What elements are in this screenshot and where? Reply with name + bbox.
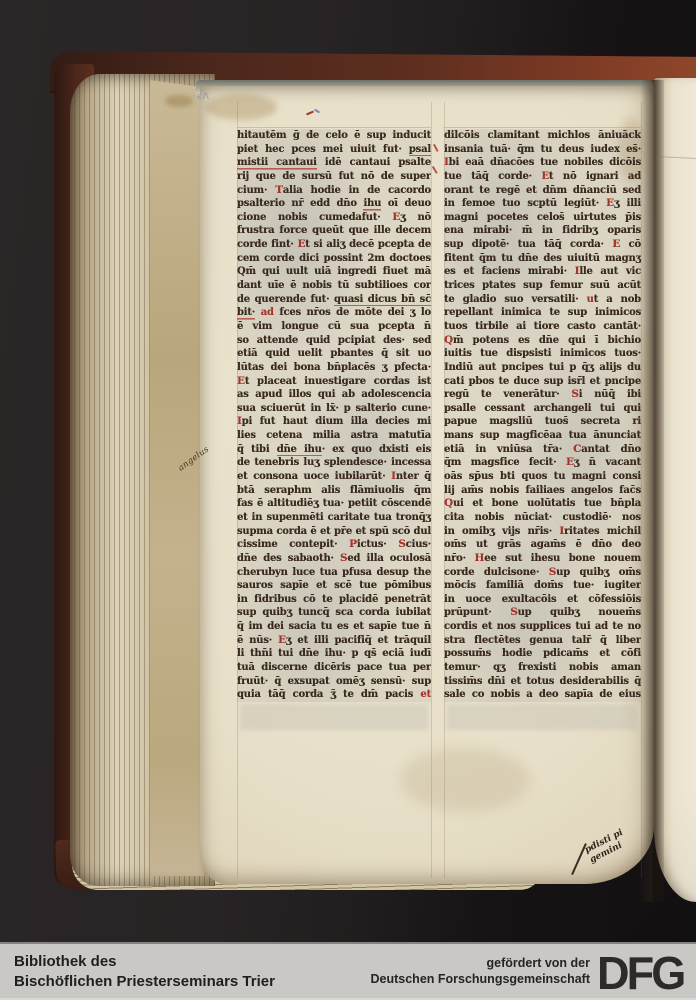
manuscript-text-line: ena mirabi· m̄ in fidribʒ oparis: [444, 224, 641, 238]
manuscript-text-line: papue magsliū tuos̄ secreta ri: [444, 415, 641, 429]
library-name-line1: Bibliothek des: [14, 952, 275, 972]
manuscript-text-line: et consona uoce iubilarūt· Inter q̄: [237, 470, 431, 484]
manuscript-text-line: in femoe tuo scptū legiūt· Eʒ illi: [444, 197, 641, 211]
manuscript-text-line: lies cetena milia astra matutīa: [237, 429, 431, 443]
manuscript-text-line: orant te regē et dn̄m dn̄anciū sed: [444, 184, 641, 198]
manuscript-text-line: corde dulcisone· Sup quibʒ om̄s: [444, 566, 641, 580]
manuscript-text-line: as apud illos qui ab adolescencia: [237, 388, 431, 402]
manuscript-text-line: mistii cantaui idē cantaui psalte: [237, 156, 431, 170]
manuscript-text-line: fas ē altitudiēʒ tua· petiit cōscendē: [237, 497, 431, 511]
manuscript-text-line: dant uīe ē nobis tū subtilioes cor: [237, 279, 431, 293]
ink-smudge: [165, 95, 193, 107]
stain: [400, 748, 530, 812]
funding-attribution: gefördert von der Deutschen Forschungsge…: [371, 956, 591, 987]
manuscript-text-line: hitautēm ḡ de celo ē sup inducit: [237, 129, 431, 143]
manuscript-text-line: nr̄o· Hee sut̄ ihesu bone nouem: [444, 552, 641, 566]
manuscript-text-line: prūpunt· Sup quibʒ nouem̄s: [444, 606, 641, 620]
manuscript-text-line: Qm̄ potens es dn̄e qui ī bichio: [444, 334, 641, 348]
manuscript-text-line: psalle cessant archangeli tui qui: [444, 402, 641, 416]
manuscript-text-line: bit· ad fces nr̄os de mōte dei ʒ lo: [237, 306, 431, 320]
manuscript-text-line: sauros sapīe et scē tue pōmibus: [237, 579, 431, 593]
manuscript-text-line: cati pbos te duce sup isr̄l et pncipe: [444, 375, 641, 389]
manuscript-text-line: mans sup magficēaa tua ānunciat: [444, 429, 641, 443]
manuscript-text-line: sale co nobis a deo sapīa de eius ore·: [444, 688, 641, 702]
manuscript-text-line: es et faciens mirabi· Ille aut vic: [444, 265, 641, 279]
manuscript-text-line: iuitis tue dispsisti inimicos tuos·: [444, 347, 641, 361]
manuscript-text-line: q̄ tibi dn̄e ih̄u· ex quo dxisti eis: [237, 443, 431, 457]
ink-show-through: [447, 704, 637, 730]
manuscript-text-line: Indiū aut pncipes tui p q̄ʒ alijs du: [444, 361, 641, 375]
manuscript-text-line: btā seraphm alis flāmiuolis q̄m: [237, 484, 431, 498]
manuscript-text-line: possum̄s hodie pdicam̄s et cōfi: [444, 647, 641, 661]
manuscript-text-line: q̄ im dei sacia tu es et sapīe tue n̄: [237, 620, 431, 634]
manuscript-text-line: de querende fut· quasi dicus bn̄ sc̄: [237, 293, 431, 307]
manuscript-text-line: supma corda ē et pr̄e et spū scō dul: [237, 525, 431, 539]
manuscript-text-line: in uoce exultacōis et cōfessiōis: [444, 593, 641, 607]
manuscript-text-line: sup dipotē· tua tāq̄ corda· E cō: [444, 238, 641, 252]
manuscript-text-line: tuā discerne dicēris pace tua per: [237, 661, 431, 675]
manuscript-text-line: piet hec pces mei uiuit fut̄· psal: [237, 143, 431, 157]
manuscript-text-line: Et placeat inuestigare cordas ist: [237, 375, 431, 389]
manuscript-text-line: magni pocetes celos̄ uirtutes p̄is: [444, 211, 641, 225]
foliation-mark: ·εΛ: [193, 92, 210, 102]
manuscript-text-line: lūtas dei bona bn̄placēs ʒ pfecta·: [237, 361, 431, 375]
funding-line1: gefördert von der: [371, 956, 591, 972]
funding-line2: Deutschen Forschungsgemeinschaft: [371, 972, 591, 988]
manuscript-text-line: tue tāq̄ corde· Et nō ignari ad: [444, 170, 641, 184]
manuscript-text-line: sup quibʒ tuncq̄ sca corda iubilat̄: [237, 606, 431, 620]
manuscript-text-line: fruūt̄· q̄ exsupat omēʒ sensū· sup: [237, 675, 431, 689]
manuscript-text-line: fitent̄ q̄m tu dn̄e des uiuitū magnʒ: [444, 252, 641, 266]
manuscript-text-line: cissime contepit· Pictus· Scius· Sas·: [237, 538, 431, 552]
manuscript-text-line: trices ptates sup femur suū acūt: [444, 279, 641, 293]
manuscript-text-line: cione nobis cumedafut· Eʒ nō: [237, 211, 431, 225]
ink-show-through: [240, 704, 428, 730]
manuscript-text-line: cordis et nos supplices tui ad te no: [444, 620, 641, 634]
text-column-left: hitautēm ḡ de celo ē sup inducitpiet hec…: [237, 129, 431, 702]
manuscript-text-line: cem corde dici possint 2m doctoes: [237, 252, 431, 266]
manuscript-text-line: insania tuā· q̄m tu deus iudex es̄·: [444, 143, 641, 157]
manuscript-text-line: repellant inimica te sup inimicos: [444, 306, 641, 320]
manuscript-text-line: lij am̄s nobis failiaes angelos fac̄s: [444, 484, 641, 498]
manuscript-text-line: psalterio nr̄ edd dn̄o ih̄u oī deuo: [237, 197, 431, 211]
manuscript-text-line: cium· Talia hodie in de cacordo: [237, 184, 431, 198]
manuscript-text-line: tissim̄s dn̄i et totus desiderabilis q̄: [444, 675, 641, 689]
manuscript-text-line: Qm̄ qui uult uiā ingredi fiuet mā: [237, 265, 431, 279]
manuscript-text-line: corde fint· Et si aliʒ decē pcepta de: [237, 238, 431, 252]
manuscript-text-line: in omibʒ vijs nr̄is· Iritates michil: [444, 525, 641, 539]
manuscript-text-line: li thn̄i tui dn̄e ih̄u· p qs̄ eciā iudī: [237, 647, 431, 661]
manuscript-text-line: et in supenmēti caritate tua tronq̄ʒ: [237, 511, 431, 525]
manuscript-text-line: etiā in vniūsa tr̄a· Cantat̄ dn̄o: [444, 443, 641, 457]
manuscript-text-line: cherubyn luce tua pfusa desup the: [237, 566, 431, 580]
ruling-line-horizontal: [444, 127, 641, 128]
manuscript-text-line: tuos tirbile ai tiore casto cantāt·: [444, 320, 641, 334]
manuscript-text-line: in fidribus cō te placidē penetrāt: [237, 593, 431, 607]
dfg-logo: DFG: [597, 946, 683, 1000]
manuscript-text-line: dilcōis clamitant michlos āniuāck: [444, 129, 641, 143]
manuscript-text-line: sua sciuerūt in lx̄· p salterio cune·: [237, 402, 431, 416]
manuscript-text-line: ē nūs· Eʒ et illi pacifiq̄ et trāquil: [237, 634, 431, 648]
manuscript-text-line: te gladio suo versatili· ut a nob̄: [444, 293, 641, 307]
manuscript-text-line: stra flectētes genua talr̄ q̄ liber: [444, 634, 641, 648]
library-name-line2: Bischöflichen Priesterseminars Trier: [14, 972, 275, 992]
manuscript-text-line: regū te venerātur· Si nūq̄ ibi: [444, 388, 641, 402]
manuscript-text-line: temur· qʒ frexisti nobis aman: [444, 661, 641, 675]
manuscript-text-line: rij que de sursū fut nō de super: [237, 170, 431, 184]
text-column-right: dilcōis clamitant michlos āniuāckinsania…: [444, 129, 641, 702]
manuscript-text-line: oās sp̄us bt̄i quos tu magni consi: [444, 470, 641, 484]
manuscript-text-line: cita nobis nūciat̄· custodiē· nos: [444, 511, 641, 525]
manuscript-text-line: Qui et bone uolūtatis tue bn̄pla: [444, 497, 641, 511]
manuscript-text-line: om̄s ut grās agam̄s ē dn̄o deo: [444, 538, 641, 552]
manuscript-photo: hitautēm ḡ de celo ē sup inducitpiet hec…: [0, 0, 696, 1000]
manuscript-text-line: mōcis familiā dom̄s tue· iugiter: [444, 579, 641, 593]
attribution-footer: Bibliothek des Bischöflichen Priestersem…: [0, 942, 696, 1000]
manuscript-text-line: quia tāq̄ corda ʒ̄ te dm̄ pacis et: [237, 688, 431, 702]
manuscript-text-line: de tenebris luʒ splendesce· incessa: [237, 456, 431, 470]
stain: [205, 94, 277, 120]
manuscript-text-line: Ibi eaā dn̄acōes tue nobiles dicōis: [444, 156, 641, 170]
ruling-line-horizontal: [237, 127, 431, 128]
manuscript-text-line: so attende quid pcipiat des· sed: [237, 334, 431, 348]
manuscript-text-line: dn̄e des sabaoth· Sed illa oculosā: [237, 552, 431, 566]
manuscript-text-line: etiā quid uelit pbantes q̄ sit uo: [237, 347, 431, 361]
manuscript-text-line: ē vim longue cū sua pcepta n̄: [237, 320, 431, 334]
manuscript-text-line: q̄m magsfice fecit· Eʒ n̄ vacant: [444, 456, 641, 470]
manuscript-text-line: Ipi fut̄ haut dium illa decies mi: [237, 415, 431, 429]
manuscript-text-line: frustra force queūt que ille decem: [237, 224, 431, 238]
library-attribution: Bibliothek des Bischöflichen Priestersem…: [14, 952, 275, 991]
